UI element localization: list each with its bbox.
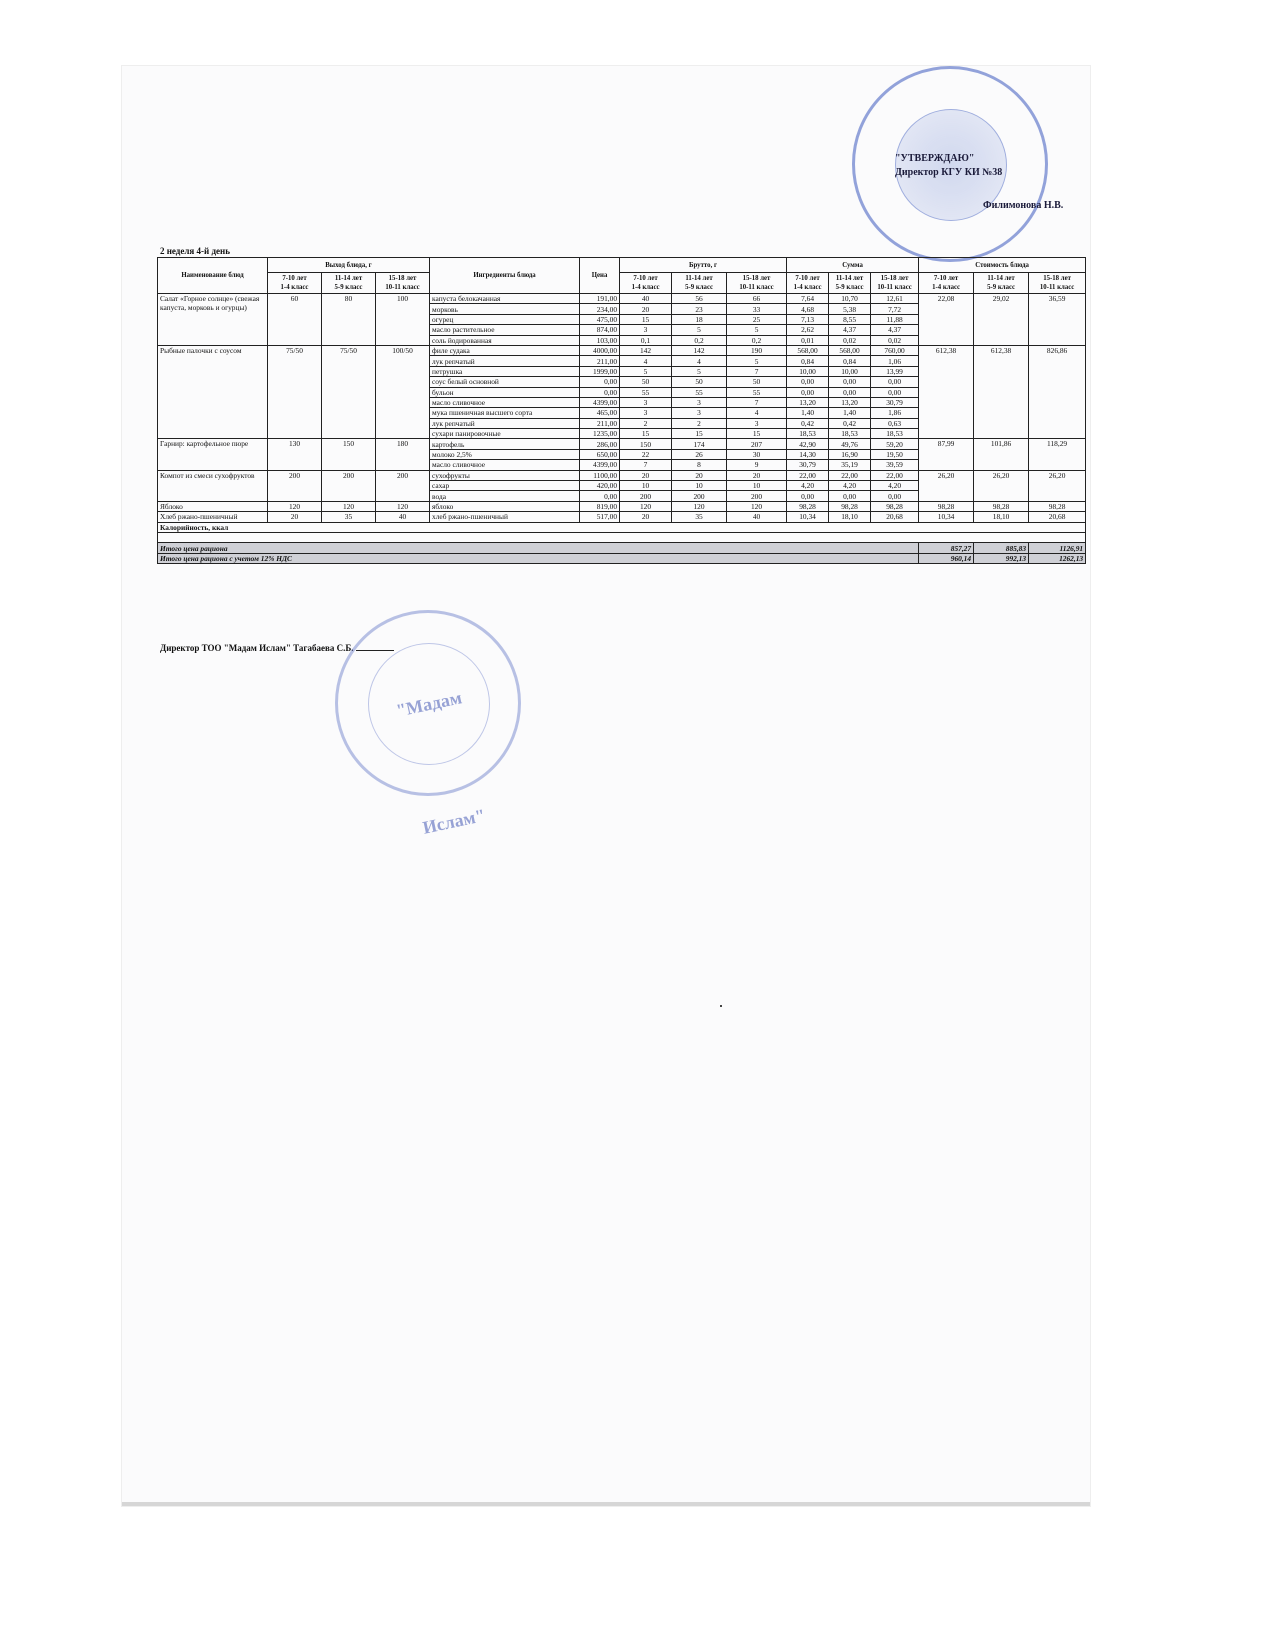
ingredient-price: 4399,00: [580, 460, 620, 470]
ingredient-name: масло сливочное: [430, 397, 580, 407]
dish-cost: 18,10: [974, 512, 1029, 522]
ingredient-brutto: 20: [672, 470, 727, 480]
table-row: Гарнир: картофельное пюре130150180картоф…: [158, 439, 1086, 449]
dish-name: Гарнир: картофельное пюре: [158, 439, 268, 470]
ingredient-brutto: 5: [672, 366, 727, 376]
header-age-group: 7-10 лет1-4 класс: [620, 273, 672, 294]
header-brutto: Брутто, г: [620, 258, 787, 273]
dish-name: Салат «Горное солнце» (свежая капуста, м…: [158, 294, 268, 346]
ingredient-sum: 22,00: [871, 470, 919, 480]
ingredient-sum: 5,38: [829, 304, 871, 314]
company-stamp: "Мадам Ислам": [335, 610, 521, 796]
approval-position: Директор КГУ КИ №38: [895, 166, 1002, 180]
ingredient-price: 191,00: [580, 294, 620, 304]
dish-cost: 26,20: [1029, 470, 1086, 501]
approval-label: "УТВЕРЖДАЮ": [895, 152, 1002, 166]
dish-yield: 35: [322, 512, 376, 522]
ingredient-sum: 14,30: [787, 449, 829, 459]
ingredient-price: 650,00: [580, 449, 620, 459]
ingredient-sum: 35,19: [829, 460, 871, 470]
ingredient-sum: 42,90: [787, 439, 829, 449]
ingredient-sum: 0,00: [829, 387, 871, 397]
ingredient-name: соль йодированная: [430, 335, 580, 345]
ingredient-sum: 0,02: [871, 335, 919, 345]
ingredient-sum: 18,53: [871, 429, 919, 439]
ingredient-brutto: 4: [672, 356, 727, 366]
header-cost: Стоимость блюда: [919, 258, 1086, 273]
ingredient-sum: 22,00: [829, 470, 871, 480]
ingredient-sum: 7,72: [871, 304, 919, 314]
ingredient-sum: 22,00: [787, 470, 829, 480]
header-age-group: 15-18 лет10-11 класс: [727, 273, 787, 294]
ingredient-brutto: 190: [727, 345, 787, 355]
ingredient-brutto: 3: [672, 397, 727, 407]
ingredient-price: 211,00: [580, 418, 620, 428]
dish-cost: 826,86: [1029, 345, 1086, 439]
ingredient-brutto: 5: [672, 325, 727, 335]
dish-yield: 20: [268, 512, 322, 522]
table-row: Рыбные палочки с соусом75/5075/50100/50ф…: [158, 345, 1086, 355]
ingredient-brutto: 2: [672, 418, 727, 428]
ingredient-price: 475,00: [580, 314, 620, 324]
ingredient-price: 286,00: [580, 439, 620, 449]
ingredient-sum: 13,20: [787, 397, 829, 407]
ingredient-brutto: 23: [672, 304, 727, 314]
ingredient-brutto: 4: [620, 356, 672, 366]
ingredient-brutto: 3: [672, 408, 727, 418]
dish-name: Хлеб ржано-пшеничный: [158, 512, 268, 522]
dish-cost: 101,86: [974, 439, 1029, 470]
ingredient-brutto: 50: [672, 377, 727, 387]
ingredient-brutto: 7: [620, 460, 672, 470]
ingredient-sum: 0,00: [787, 387, 829, 397]
header-age-group: 11-14 лет5-9 класс: [829, 273, 871, 294]
ingredient-sum: 0,42: [829, 418, 871, 428]
ingredient-brutto: 10: [672, 481, 727, 491]
menu-table: Наименование блюдВыход блюда, гИнгредиен…: [157, 257, 1086, 564]
dish-yield: 200: [322, 470, 376, 501]
ingredient-sum: 16,90: [829, 449, 871, 459]
ingredient-brutto: 150: [620, 439, 672, 449]
ingredient-brutto: 142: [620, 345, 672, 355]
ingredient-sum: 10,70: [829, 294, 871, 304]
ingredient-sum: 59,20: [871, 439, 919, 449]
ingredient-brutto: 120: [727, 501, 787, 511]
ingredient-brutto: 3: [727, 418, 787, 428]
approval-name: Филимонова Н.В.: [983, 199, 1063, 213]
ingredient-price: 0,00: [580, 377, 620, 387]
ingredient-price: 4000,00: [580, 345, 620, 355]
dish-cost: 118,29: [1029, 439, 1086, 470]
dish-cost: 98,28: [1029, 501, 1086, 511]
ingredient-brutto: 120: [620, 501, 672, 511]
ingredient-brutto: 142: [672, 345, 727, 355]
dish-cost: 612,38: [919, 345, 974, 439]
ingredient-brutto: 9: [727, 460, 787, 470]
header-ingredients: Ингредиенты блюда: [430, 258, 580, 294]
dish-cost: 26,20: [974, 470, 1029, 501]
ingredient-price: 1100,00: [580, 470, 620, 480]
ingredient-price: 211,00: [580, 356, 620, 366]
dish-yield: 40: [376, 512, 430, 522]
ingredient-price: 517,00: [580, 512, 620, 522]
ingredient-sum: 0,00: [829, 377, 871, 387]
ingredient-brutto: 3: [620, 408, 672, 418]
header-age-group: 11-14 лет5-9 класс: [672, 273, 727, 294]
ingredient-sum: 13,99: [871, 366, 919, 376]
header-age-group: 15-18 лет10-11 класс: [871, 273, 919, 294]
calories-row: Калорийность, ккал: [158, 522, 1086, 532]
ingredient-name: лук репчатый: [430, 356, 580, 366]
ingredient-price: 420,00: [580, 481, 620, 491]
total-label: Итого цена рациона: [158, 543, 919, 553]
ingredient-brutto: 120: [672, 501, 727, 511]
ingredient-price: 1999,00: [580, 366, 620, 376]
table-row: Яблоко120120120яблоко819,0012012012098,2…: [158, 501, 1086, 511]
ingredient-sum: 12,61: [871, 294, 919, 304]
ingredient-brutto: 30: [727, 449, 787, 459]
ingredient-brutto: 15: [672, 429, 727, 439]
ingredient-brutto: 174: [672, 439, 727, 449]
total-value: 885,83: [974, 543, 1029, 553]
ingredient-sum: 760,00: [871, 345, 919, 355]
header-price: Цена: [580, 258, 620, 294]
table-row: Компот из смеси сухофруктов200200200сухо…: [158, 470, 1086, 480]
ingredient-brutto: 4: [727, 408, 787, 418]
ingredient-name: морковь: [430, 304, 580, 314]
ingredient-sum: 98,28: [787, 501, 829, 511]
ingredient-brutto: 33: [727, 304, 787, 314]
ingredient-sum: 4,20: [787, 481, 829, 491]
ingredient-sum: 49,76: [829, 439, 871, 449]
dish-cost: 98,28: [919, 501, 974, 511]
ingredient-sum: 10,00: [787, 366, 829, 376]
ingredient-name: лук репчатый: [430, 418, 580, 428]
ingredient-sum: 7,64: [787, 294, 829, 304]
ingredient-brutto: 15: [620, 314, 672, 324]
ingredient-brutto: 3: [620, 325, 672, 335]
ingredient-brutto: 7: [727, 366, 787, 376]
ingredient-brutto: 20: [620, 512, 672, 522]
ingredient-name: картофель: [430, 439, 580, 449]
ingredient-brutto: 20: [620, 470, 672, 480]
ingredient-name: сухофрукты: [430, 470, 580, 480]
ingredient-sum: 8,55: [829, 314, 871, 324]
ingredient-sum: 10,00: [829, 366, 871, 376]
director-signature-text: Директор ТОО "Мадам Ислам" Тагабаева С.Б…: [160, 643, 354, 653]
company-stamp-text: "Мадам Ислам": [357, 632, 502, 777]
dish-name: Компот из смеси сухофруктов: [158, 470, 268, 501]
ingredient-sum: 1,40: [787, 408, 829, 418]
dish-yield: 200: [376, 470, 430, 501]
ingredient-brutto: 200: [672, 491, 727, 501]
ingredient-sum: 568,00: [829, 345, 871, 355]
ingredient-brutto: 10: [620, 481, 672, 491]
ingredient-brutto: 3: [620, 397, 672, 407]
total-value: 857,27: [919, 543, 974, 553]
header-age-group: 11-14 лет5-9 класс: [322, 273, 376, 294]
dish-cost: 612,38: [974, 345, 1029, 439]
ingredient-sum: 4,20: [829, 481, 871, 491]
ingredient-sum: 0,63: [871, 418, 919, 428]
blank-row: [158, 532, 1086, 542]
ingredient-brutto: 207: [727, 439, 787, 449]
speck: [720, 1005, 722, 1007]
ingredient-brutto: 2: [620, 418, 672, 428]
dish-cost: 20,68: [1029, 512, 1086, 522]
ingredient-brutto: 18: [672, 314, 727, 324]
ingredient-brutto: 15: [620, 429, 672, 439]
dish-yield: 75/50: [268, 345, 322, 439]
dish-yield: 150: [322, 439, 376, 470]
ingredient-brutto: 50: [727, 377, 787, 387]
ingredient-sum: 2,62: [787, 325, 829, 335]
header-age-group: 7-10 лет1-4 класс: [268, 273, 322, 294]
dish-yield: 120: [376, 501, 430, 511]
ingredient-sum: 0,42: [787, 418, 829, 428]
ingredient-name: капуста белокачанная: [430, 294, 580, 304]
ingredient-brutto: 66: [727, 294, 787, 304]
dish-cost: 87,99: [919, 439, 974, 470]
page-title: 2 неделя 4-й день: [160, 246, 230, 256]
dish-cost: 36,59: [1029, 294, 1086, 346]
header-row-age: 7-10 лет1-4 класс11-14 лет5-9 класс15-18…: [158, 273, 1086, 294]
ingredient-sum: 0,00: [871, 377, 919, 387]
ingredient-sum: 30,79: [871, 397, 919, 407]
ingredient-brutto: 15: [727, 429, 787, 439]
ingredient-sum: 1,86: [871, 408, 919, 418]
ingredient-brutto: 10: [727, 481, 787, 491]
ingredient-sum: 0,02: [829, 335, 871, 345]
dish-name: Рыбные палочки с соусом: [158, 345, 268, 439]
ingredient-sum: 11,88: [871, 314, 919, 324]
ingredient-sum: 18,53: [787, 429, 829, 439]
ingredient-name: филе судака: [430, 345, 580, 355]
dish-yield: 60: [268, 294, 322, 346]
total-value: 1262,13: [1029, 553, 1086, 563]
ingredient-name: масло сливочное: [430, 460, 580, 470]
ingredient-name: бульон: [430, 387, 580, 397]
dish-yield: 100/50: [376, 345, 430, 439]
header-sum: Сумма: [787, 258, 919, 273]
ingredient-sum: 0,00: [787, 377, 829, 387]
ingredient-brutto: 40: [727, 512, 787, 522]
ingredient-price: 819,00: [580, 501, 620, 511]
ingredient-name: вода: [430, 491, 580, 501]
header-yield: Выход блюда, г: [268, 258, 430, 273]
blank-cell: [158, 532, 1086, 542]
ingredient-sum: 1,40: [829, 408, 871, 418]
ingredient-price: 234,00: [580, 304, 620, 314]
ingredient-price: 103,00: [580, 335, 620, 345]
ingredient-brutto: 0,2: [727, 335, 787, 345]
ingredient-brutto: 5: [727, 325, 787, 335]
ingredient-brutto: 26: [672, 449, 727, 459]
total-row: Итого цена рациона с учетом 12% НДС960,1…: [158, 553, 1086, 563]
ingredient-name: петрушка: [430, 366, 580, 376]
header-dish: Наименование блюд: [158, 258, 268, 294]
ingredient-brutto: 20: [620, 304, 672, 314]
ingredient-sum: 4,68: [787, 304, 829, 314]
ingredient-brutto: 5: [727, 356, 787, 366]
dish-name: Яблоко: [158, 501, 268, 511]
ingredient-brutto: 0,2: [672, 335, 727, 345]
dish-cost: 26,20: [919, 470, 974, 501]
ingredient-name: соус белый основной: [430, 377, 580, 387]
dish-yield: 120: [322, 501, 376, 511]
ingredient-price: 874,00: [580, 325, 620, 335]
ingredient-sum: 30,79: [787, 460, 829, 470]
ingredient-price: 0,00: [580, 387, 620, 397]
ingredient-name: сухари панировочные: [430, 429, 580, 439]
dish-cost: 10,34: [919, 512, 974, 522]
dish-cost: 98,28: [974, 501, 1029, 511]
ingredient-brutto: 40: [620, 294, 672, 304]
ingredient-brutto: 55: [620, 387, 672, 397]
ingredient-brutto: 8: [672, 460, 727, 470]
ingredient-name: мука пшеничная высшего сорта: [430, 408, 580, 418]
ingredient-sum: 0,01: [787, 335, 829, 345]
ingredient-sum: 19,50: [871, 449, 919, 459]
ingredient-name: хлеб ржано-пшеничный: [430, 512, 580, 522]
ingredient-brutto: 0,1: [620, 335, 672, 345]
dish-yield: 180: [376, 439, 430, 470]
header-row: Наименование блюдВыход блюда, гИнгредиен…: [158, 258, 1086, 273]
table-row: Хлеб ржано-пшеничный203540хлеб ржано-пше…: [158, 512, 1086, 522]
ingredient-brutto: 55: [727, 387, 787, 397]
total-row: Итого цена рациона857,27885,831126,91: [158, 543, 1086, 553]
total-value: 992,13: [974, 553, 1029, 563]
ingredient-sum: 4,37: [871, 325, 919, 335]
table-row: Салат «Горное солнце» (свежая капуста, м…: [158, 294, 1086, 304]
ingredient-price: 0,00: [580, 491, 620, 501]
header-age-group: 11-14 лет5-9 класс: [974, 273, 1029, 294]
ingredient-sum: 18,10: [829, 512, 871, 522]
ingredient-sum: 0,00: [829, 491, 871, 501]
ingredient-sum: 1,06: [871, 356, 919, 366]
ingredient-brutto: 200: [727, 491, 787, 501]
ingredient-sum: 0,00: [871, 387, 919, 397]
dish-yield: 130: [268, 439, 322, 470]
ingredient-price: 4399,00: [580, 397, 620, 407]
approval-block: "УТВЕРЖДАЮ" Директор КГУ КИ №38 Филимоно…: [895, 152, 1002, 180]
dish-yield: 120: [268, 501, 322, 511]
dish-cost: 29,02: [974, 294, 1029, 346]
header-age-group: 15-18 лет10-11 класс: [1029, 273, 1086, 294]
ingredient-brutto: 25: [727, 314, 787, 324]
ingredient-sum: 4,20: [871, 481, 919, 491]
ingredient-sum: 0,00: [871, 491, 919, 501]
ingredient-sum: 7,13: [787, 314, 829, 324]
calories-label: Калорийность, ккал: [158, 522, 1086, 532]
dish-yield: 80: [322, 294, 376, 346]
ingredient-name: яблоко: [430, 501, 580, 511]
header-age-group: 7-10 лет1-4 класс: [787, 273, 829, 294]
total-value: 960,14: [919, 553, 974, 563]
ingredient-name: сахар: [430, 481, 580, 491]
ingredient-brutto: 200: [620, 491, 672, 501]
dish-yield: 200: [268, 470, 322, 501]
ingredient-brutto: 22: [620, 449, 672, 459]
dish-cost: 22,08: [919, 294, 974, 346]
ingredient-brutto: 50: [620, 377, 672, 387]
header-age-group: 15-18 лет10-11 класс: [376, 273, 430, 294]
dish-yield: 100: [376, 294, 430, 346]
page-edge: [122, 1502, 1090, 1506]
ingredient-sum: 10,34: [787, 512, 829, 522]
ingredient-name: огурец: [430, 314, 580, 324]
ingredient-sum: 98,28: [871, 501, 919, 511]
ingredient-price: 1235,00: [580, 429, 620, 439]
ingredient-brutto: 5: [620, 366, 672, 376]
ingredient-sum: 0,84: [829, 356, 871, 366]
ingredient-brutto: 7: [727, 397, 787, 407]
ingredient-name: молоко 2,5%: [430, 449, 580, 459]
ingredient-sum: 0,00: [787, 491, 829, 501]
total-label: Итого цена рациона с учетом 12% НДС: [158, 553, 919, 563]
ingredient-sum: 98,28: [829, 501, 871, 511]
ingredient-sum: 4,37: [829, 325, 871, 335]
ingredient-sum: 568,00: [787, 345, 829, 355]
ingredient-sum: 18,53: [829, 429, 871, 439]
ingredient-sum: 20,68: [871, 512, 919, 522]
ingredient-sum: 13,20: [829, 397, 871, 407]
ingredient-brutto: 20: [727, 470, 787, 480]
ingredient-sum: 0,84: [787, 356, 829, 366]
ingredient-price: 465,00: [580, 408, 620, 418]
dish-yield: 75/50: [322, 345, 376, 439]
ingredient-brutto: 56: [672, 294, 727, 304]
ingredient-brutto: 35: [672, 512, 727, 522]
ingredient-brutto: 55: [672, 387, 727, 397]
ingredient-name: масло растительное: [430, 325, 580, 335]
total-value: 1126,91: [1029, 543, 1086, 553]
ingredient-sum: 39,59: [871, 460, 919, 470]
header-age-group: 7-10 лет1-4 класс: [919, 273, 974, 294]
